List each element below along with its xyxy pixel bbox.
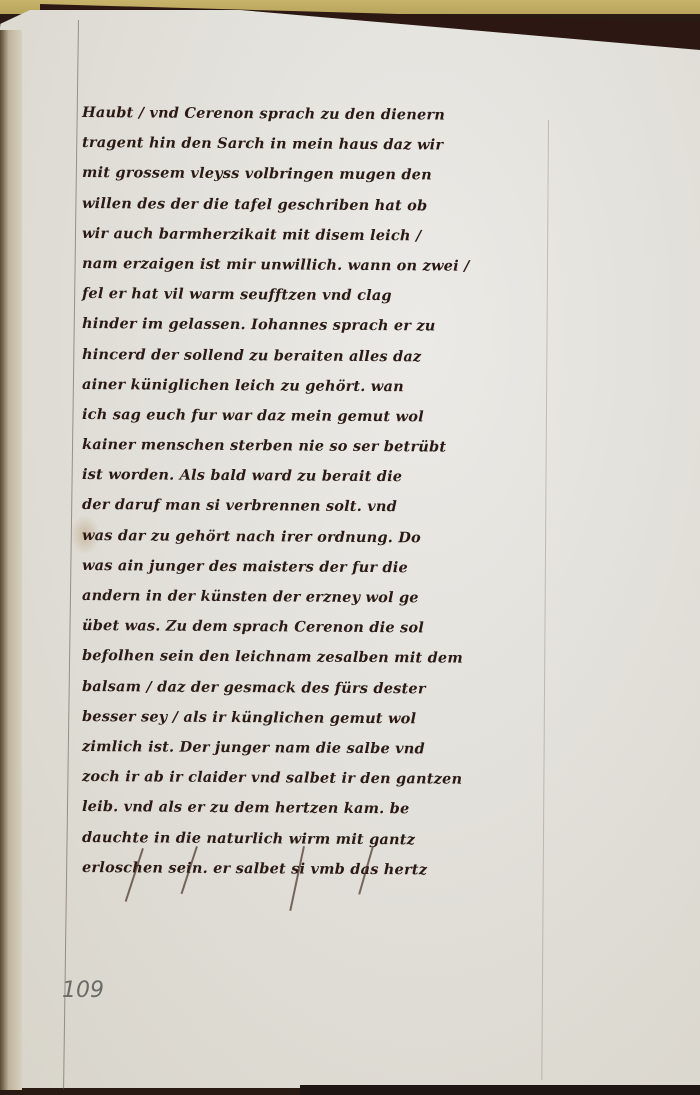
text-line: besser sey / als ir künglichen gemut wol [82,702,552,735]
text-line: leib. vnd als er zu dem hertzen kam. be [82,792,552,825]
text-line: Haubt / vnd Cerenon sprach zu den diener… [82,98,552,131]
text-line: was ain junger des maisters der fur die [82,551,552,584]
text-line: übet was. Zu dem sprach Cerenon die sol [82,611,552,644]
text-line: befolhen sein den leichnam zesalben mit … [82,641,552,674]
text-line: tragent hin den Sarch in mein haus daz w… [82,128,552,161]
text-line: kainer menschen sterben nie so ser betrü… [82,430,552,463]
text-line: fel er hat vil warm seufftzen vnd clag [82,279,552,312]
text-line: zimlich ist. Der junger nam die salbe vn… [82,732,552,765]
text-line: was dar zu gehört nach irer ordnung. Do [82,521,552,554]
text-line: hincerd der sollend zu beraiten alles da… [82,340,552,373]
text-line: hinder im gelassen. Iohannes sprach er z… [82,309,552,342]
page-bottom-shadow [300,1085,700,1095]
text-line: erloschen sein. er salbet si vmb das her… [82,853,552,886]
text-line: dauchte in die naturlich wirm mit gantz [82,823,552,856]
text-line: der daruf man si verbrennen solt. vnd [82,490,552,523]
manuscript-text: Haubt / vnd Cerenon sprach zu den diener… [82,98,552,883]
text-line: wir auch barmherzikait mit disem leich / [82,219,552,252]
folio-number: 109 [62,978,104,1003]
text-line: andern in der künsten der erzney wol ge [82,581,552,614]
text-line: ainer küniglichen leich zu gehört. wan [82,370,552,403]
text-line: willen des der die tafel geschriben hat … [82,189,552,222]
text-line: ist worden. Als bald ward zu berait die [82,460,552,493]
text-line: zoch ir ab ir claider vnd salbet ir den … [82,762,552,795]
text-line: ich sag euch fur war daz mein gemut wol [82,400,552,433]
text-line: mit grossem vleyss volbringen mugen den [82,158,552,191]
page-gutter [0,30,22,1090]
text-line: nam erzaigen ist mir unwillich. wann on … [82,249,552,282]
text-line: balsam / daz der gesmack des fürs dester [82,672,552,705]
